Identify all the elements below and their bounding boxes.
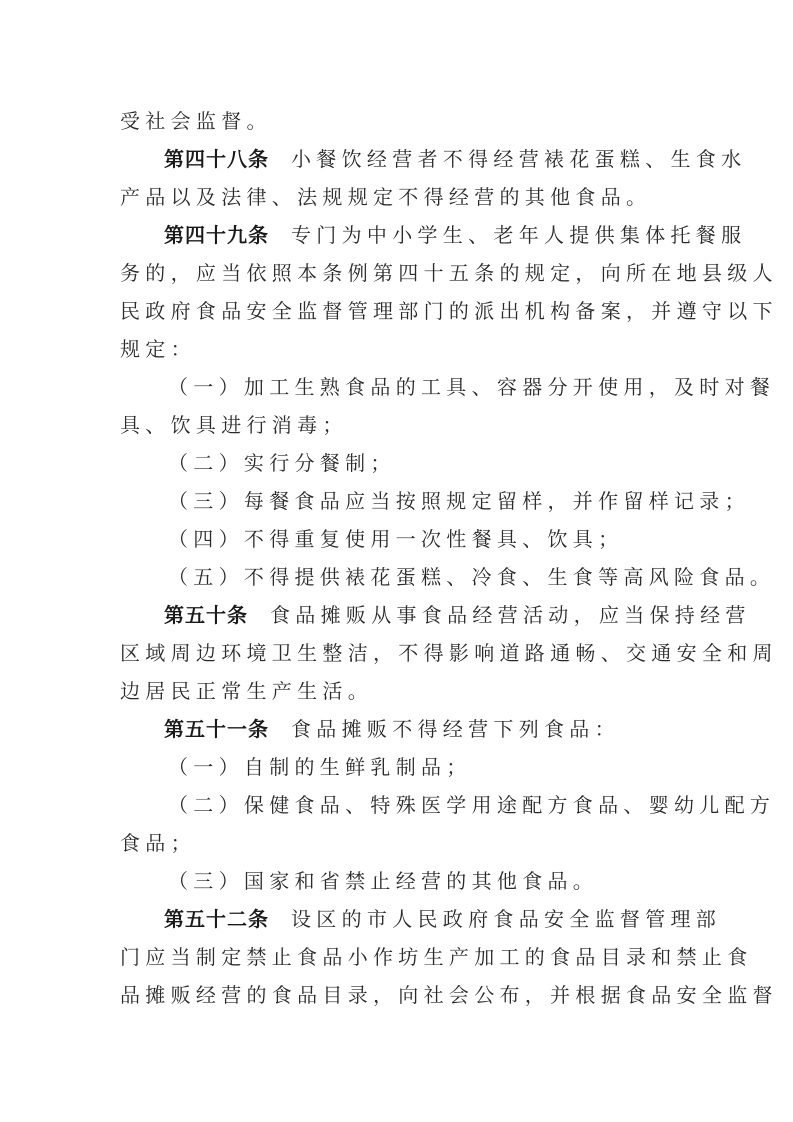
list-item: （三）每餐食品应当按照规定留样，并作留样记录；: [168, 485, 728, 517]
paragraph-text: 产品以及法律、法规规定不得经营的其他食品。: [120, 185, 651, 209]
list-item: （二）保健食品、特殊医学用途配方食品、婴幼儿配方: [168, 789, 728, 821]
document-page: 受社会监督。 第四十八条小餐饮经营者不得经营裱花蛋糕、生食水 产品以及法律、法规…: [0, 0, 793, 1122]
text-line: 品摊贩经营的食品目录，向社会公布，并根据食品安全监督: [120, 979, 680, 1011]
text-line: 受社会监督。: [120, 105, 680, 137]
list-item: （二）实行分餐制；: [168, 447, 728, 479]
text-line: 民政府食品安全监督管理部门的派出机构备案，并遵守以下: [120, 295, 680, 327]
list-item: （一）加工生熟食品的工具、容器分开使用，及时对餐: [168, 371, 728, 403]
article-number: 第四十八条: [164, 147, 269, 171]
paragraph-text: 小餐饮经营者不得经营裱花蛋糕、生食水: [291, 147, 746, 171]
text-line: 产品以及法律、法规规定不得经营的其他食品。: [120, 181, 680, 213]
paragraph-text: 民政府食品安全监督管理部门的派出机构备案，并遵守以下: [120, 299, 778, 323]
paragraph-text: 品摊贩经营的食品目录，向社会公布，并根据食品安全监督: [120, 983, 778, 1007]
text-line: 务的，应当依照本条例第四十五条的规定，向所在地县级人: [120, 257, 680, 289]
paragraph-text: 门应当制定禁止食品小作坊生产加工的食品目录和禁止食: [120, 945, 753, 969]
article-50-heading-line: 第五十条食品摊贩从事食品经营活动，应当保持经营: [164, 599, 724, 631]
paragraph-text: 规定：: [120, 337, 196, 361]
paragraph-text: 边居民正常生产生活。: [120, 679, 373, 703]
list-item-text: （二）实行分餐制；: [168, 451, 396, 475]
list-item: （三）国家和省禁止经营的其他食品。: [168, 865, 728, 897]
paragraph-text: 区域周边环境卫生整洁，不得影响道路通畅、交通安全和周: [120, 641, 778, 665]
article-number: 第四十九条: [164, 223, 269, 247]
paragraph-text: 具、饮具进行消毒；: [120, 413, 348, 437]
article-number: 第五十条: [164, 603, 248, 627]
paragraph-text: 食品；: [120, 831, 196, 855]
paragraph-text: 务的，应当依照本条例第四十五条的规定，向所在地县级人: [120, 261, 778, 285]
article-52-heading-line: 第五十二条设区的市人民政府食品安全监督管理部: [164, 903, 724, 935]
paragraph-text: 食品摊贩从事食品经营活动，应当保持经营: [270, 603, 751, 627]
article-51-heading-line: 第五十一条食品摊贩不得经营下列食品：: [164, 713, 724, 745]
list-item: （一）自制的生鲜乳制品；: [168, 751, 728, 783]
list-item-text: （三）每餐食品应当按照规定留样，并作留样记录；: [168, 489, 750, 513]
list-item-text: （二）保健食品、特殊医学用途配方食品、婴幼儿配方: [168, 793, 775, 817]
article-number: 第五十二条: [164, 907, 269, 931]
list-item-text: （三）国家和省禁止经营的其他食品。: [168, 869, 598, 893]
text-line: 食品；: [120, 827, 680, 859]
paragraph-text: 专门为中小学生、老年人提供集体托餐服: [291, 223, 746, 247]
article-48-heading-line: 第四十八条小餐饮经营者不得经营裱花蛋糕、生食水: [164, 143, 724, 175]
list-item-text: （一）加工生熟食品的工具、容器分开使用，及时对餐: [168, 375, 775, 399]
list-item: （四）不得重复使用一次性餐具、饮具；: [168, 523, 728, 555]
text-line: 区域周边环境卫生整洁，不得影响道路通畅、交通安全和周: [120, 637, 680, 669]
article-number: 第五十一条: [164, 717, 269, 741]
text-line: 边居民正常生产生活。: [120, 675, 680, 707]
text-line: 具、饮具进行消毒；: [120, 409, 680, 441]
paragraph-text: 设区的市人民政府食品安全监督管理部: [291, 907, 721, 931]
text-line: 规定：: [120, 333, 680, 365]
list-item-text: （一）自制的生鲜乳制品；: [168, 755, 472, 779]
article-49-heading-line: 第四十九条专门为中小学生、老年人提供集体托餐服: [164, 219, 724, 251]
list-item-text: （四）不得重复使用一次性餐具、饮具；: [168, 527, 623, 551]
list-item: （五）不得提供裱花蛋糕、冷食、生食等高风险食品。: [168, 561, 728, 593]
text-line: 门应当制定禁止食品小作坊生产加工的食品目录和禁止食: [120, 941, 680, 973]
paragraph-text: 受社会监督。: [120, 109, 272, 133]
list-item-text: （五）不得提供裱花蛋糕、冷食、生食等高风险食品。: [168, 565, 775, 589]
paragraph-text: 食品摊贩不得经营下列食品：: [291, 717, 620, 741]
